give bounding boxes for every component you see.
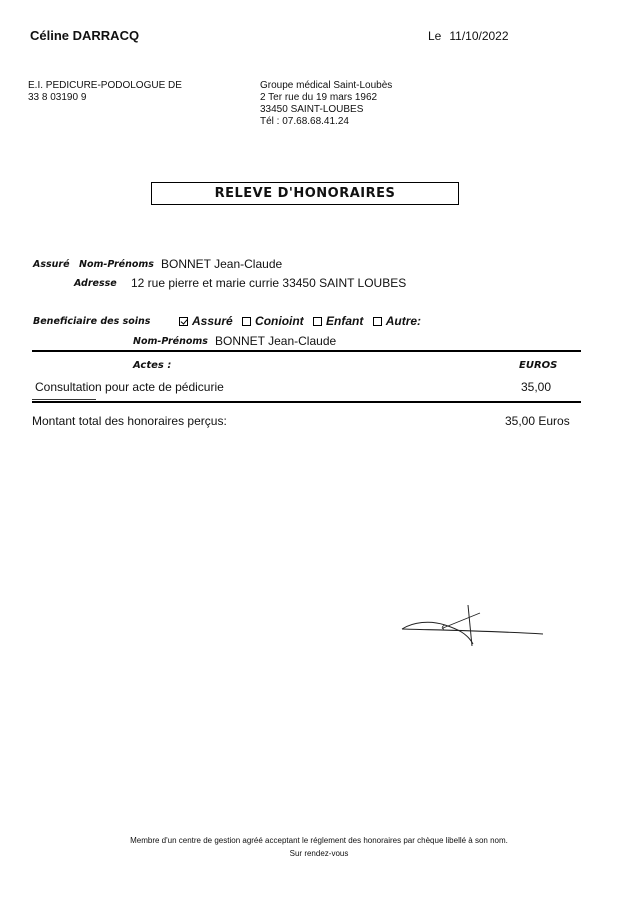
date-value: 11/10/2022 — [449, 29, 508, 43]
beneficiary-name: BONNET Jean-Claude — [215, 334, 336, 348]
practitioner-id-block: E.I. PEDICURE-PODOLOGUE DE 33 8 03190 9 — [28, 80, 182, 104]
total-amount: 35,00 Euros — [505, 414, 570, 428]
footer-appointment: Sur rendez-vous — [0, 849, 638, 858]
address-line-1: Groupe médical Saint-Loubès — [260, 80, 392, 92]
act-description: Consultation pour acte de pédicurie — [35, 380, 224, 394]
document-title: RELEVE D'HONORAIRES — [151, 182, 459, 205]
amount-column-header: EUROS — [519, 360, 557, 371]
act-amount: 35,00 — [521, 380, 551, 394]
insured-address: 12 rue pierre et marie currie 33450 SAIN… — [131, 276, 406, 290]
insured-label: Assuré — [33, 259, 70, 270]
table-bottom-divider-accent — [32, 399, 96, 400]
practitioner-name: Céline DARRACQ — [30, 28, 139, 43]
option-label: Autre: — [386, 314, 421, 328]
option-label: Conioint — [255, 314, 304, 328]
phone: Tél : 07.68.68.41.24 — [260, 116, 392, 128]
total-label: Montant total des honoraires perçus: — [32, 414, 227, 428]
table-bottom-divider — [32, 401, 581, 403]
insured-name-label: Nom-Prénoms — [79, 259, 154, 270]
practice-address-block: Groupe médical Saint-Loubès 2 Ter rue du… — [260, 80, 392, 128]
footer-notice: Membre d'un centre de gestion agréé acce… — [0, 836, 638, 845]
address-line-2: 2 Ter rue du 19 mars 1962 — [260, 92, 392, 104]
checkbox-checked-icon[interactable] — [179, 317, 188, 326]
checkbox-icon[interactable] — [242, 317, 251, 326]
profession: E.I. PEDICURE-PODOLOGUE DE — [28, 80, 182, 92]
option-assure[interactable]: Assuré — [179, 314, 233, 328]
option-autre[interactable]: Autre: — [373, 314, 421, 328]
option-enfant[interactable]: Enfant — [313, 314, 363, 328]
signature-icon — [395, 600, 550, 650]
acts-column-header: Actes : — [133, 360, 171, 371]
insured-name: BONNET Jean-Claude — [161, 257, 282, 271]
beneficiary-options: Assuré Conioint Enfant Autre: — [179, 314, 427, 329]
insured-address-label: Adresse — [74, 278, 117, 289]
beneficiary-label: Beneficiaire des soins — [33, 316, 150, 327]
id-number: 33 8 03190 9 — [28, 92, 182, 104]
date-label: Le — [428, 29, 441, 43]
address-line-3: 33450 SAINT-LOUBES — [260, 104, 392, 116]
table-top-divider — [32, 350, 581, 352]
option-conjoint[interactable]: Conioint — [242, 314, 304, 328]
beneficiary-name-label: Nom-Prénoms — [133, 336, 208, 347]
option-label: Assuré — [192, 314, 233, 328]
option-label: Enfant — [326, 314, 363, 328]
document-date: Le11/10/2022 — [428, 29, 509, 43]
checkbox-icon[interactable] — [313, 317, 322, 326]
checkbox-icon[interactable] — [373, 317, 382, 326]
